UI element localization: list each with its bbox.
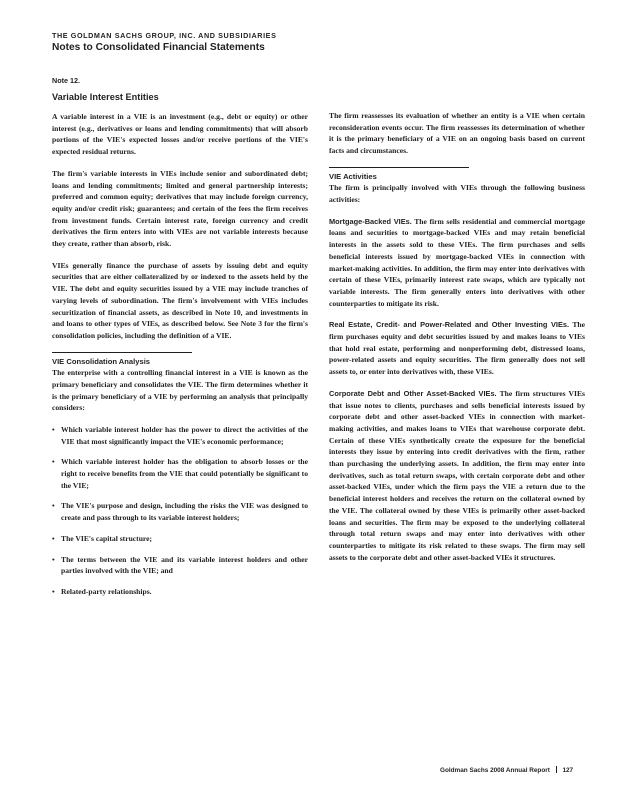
note-title: Variable Interest Entities <box>52 91 308 104</box>
bullet-icon: • <box>52 424 55 436</box>
bullet-icon: • <box>52 586 55 598</box>
left-column: Note 12. Variable Interest Entities A va… <box>52 76 308 607</box>
page-footer: Goldman Sachs 2008 Annual Report127 <box>440 766 573 774</box>
list-item: •Related-party relationships. <box>52 586 308 598</box>
run-in-heading: Mortgage-Backed VIEs. <box>329 217 412 226</box>
run-in-heading: Corporate Debt and Other Asset-Backed VI… <box>329 389 497 398</box>
activity-paragraph: Corporate Debt and Other Asset-Backed VI… <box>329 388 585 564</box>
paragraph: The firm's variable interests in VIEs in… <box>52 168 308 250</box>
section-heading-vie-activities: VIE Activities <box>329 167 469 183</box>
bullet-icon: • <box>52 533 55 545</box>
list-item: •The VIE's purpose and design, including… <box>52 500 308 523</box>
document-page: THE GOLDMAN SACHS GROUP, INC. AND SUBSID… <box>0 0 618 800</box>
page-header: THE GOLDMAN SACHS GROUP, INC. AND SUBSID… <box>52 31 572 54</box>
note-number: Note 12. <box>52 76 308 86</box>
section-intro: The firm is principally involved with VI… <box>329 182 585 205</box>
list-item: •The terms between the VIE and its varia… <box>52 554 308 577</box>
list-item: •Which variable interest holder has the … <box>52 424 308 447</box>
bullet-icon: • <box>52 500 55 512</box>
page-number: 127 <box>562 767 573 774</box>
list-item: •Which variable interest holder has the … <box>52 456 308 491</box>
company-name: THE GOLDMAN SACHS GROUP, INC. AND SUBSID… <box>52 31 572 40</box>
paragraph: A variable interest in a VIE is an inves… <box>52 111 308 158</box>
bullet-icon: • <box>52 554 55 566</box>
run-in-heading: Real Estate, Credit- and Power-Related a… <box>329 320 569 329</box>
activity-paragraph: Real Estate, Credit- and Power-Related a… <box>329 319 585 378</box>
footer-divider <box>556 766 557 773</box>
right-column: The firm reassesses its evaluation of wh… <box>329 110 585 573</box>
report-name: Goldman Sachs 2008 Annual Report <box>440 767 550 774</box>
activity-paragraph: Mortgage-Backed VIEs. The firm sells res… <box>329 216 585 310</box>
document-title: Notes to Consolidated Financial Statemen… <box>52 41 572 54</box>
criteria-list: •Which variable interest holder has the … <box>52 424 308 598</box>
list-item: •The VIE's capital structure; <box>52 533 308 545</box>
paragraph: The firm reassesses its evaluation of wh… <box>329 110 585 157</box>
bullet-icon: • <box>52 456 55 468</box>
section-intro: The enterprise with a controlling financ… <box>52 367 308 414</box>
paragraph: VIEs generally finance the purchase of a… <box>52 260 308 342</box>
section-heading-vie-consolidation: VIE Consolidation Analysis <box>52 352 192 368</box>
